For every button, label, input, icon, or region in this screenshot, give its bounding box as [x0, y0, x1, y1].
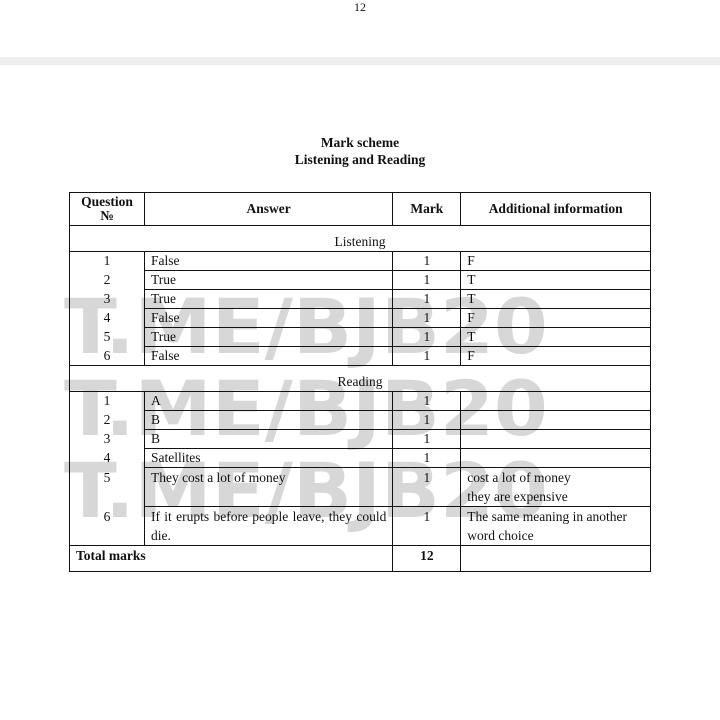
table-row: 2True1T: [70, 271, 651, 290]
mark-scheme-table: Question № Answer Mark Additional inform…: [69, 192, 651, 572]
table-row: 4Satellites1: [70, 449, 651, 468]
question-number: 6: [70, 507, 145, 546]
answer-cell: False: [144, 347, 392, 366]
page-separator: [0, 57, 720, 65]
additional-info-cell: [461, 449, 651, 468]
answer-cell: True: [144, 328, 392, 347]
header-question: Question №: [70, 193, 145, 226]
mark-cell: 1: [393, 468, 461, 507]
mark-cell: 1: [393, 252, 461, 271]
header-additional-info: Additional information: [461, 193, 651, 226]
additional-info-cell: cost a lot of money they are expensive: [461, 468, 651, 507]
header-answer: Answer: [144, 193, 392, 226]
section-heading-row: Reading: [70, 366, 651, 392]
section-heading: Listening: [70, 226, 651, 252]
question-number: 3: [70, 290, 145, 309]
question-number: 3: [70, 430, 145, 449]
additional-info-cell: [461, 392, 651, 411]
additional-info-cell: F: [461, 252, 651, 271]
mark-cell: 1: [393, 430, 461, 449]
question-number: 4: [70, 309, 145, 328]
answer-cell: B: [144, 411, 392, 430]
table-row: 6If it erupts before people leave, they …: [70, 507, 651, 546]
answer-cell: True: [144, 271, 392, 290]
answer-cell: If it erupts before people leave, they c…: [144, 507, 392, 546]
mark-cell: 1: [393, 392, 461, 411]
additional-info-cell: T: [461, 328, 651, 347]
total-row: Total marks 12: [70, 546, 651, 572]
answer-cell: False: [144, 309, 392, 328]
mark-cell: 1: [393, 411, 461, 430]
table-header-row: Question № Answer Mark Additional inform…: [70, 193, 651, 226]
total-info: [461, 546, 651, 572]
question-number: 4: [70, 449, 145, 468]
section-heading: Reading: [70, 366, 651, 392]
table-row: 3B1: [70, 430, 651, 449]
document-title: Mark scheme: [0, 134, 720, 151]
table-row: 5True1T: [70, 328, 651, 347]
additional-info-cell: T: [461, 271, 651, 290]
mark-cell: 1: [393, 309, 461, 328]
answer-cell: True: [144, 290, 392, 309]
table-row: 1False1F: [70, 252, 651, 271]
section-heading-row: Listening: [70, 226, 651, 252]
mark-cell: 1: [393, 328, 461, 347]
table-row: 5They cost a lot of money1cost a lot of …: [70, 468, 651, 507]
question-number: 2: [70, 411, 145, 430]
table-row: 4False1F: [70, 309, 651, 328]
title-block: Mark scheme Listening and Reading: [0, 134, 720, 168]
document-subtitle: Listening and Reading: [0, 151, 720, 168]
question-number: 5: [70, 328, 145, 347]
question-number: 5: [70, 468, 145, 507]
additional-info-cell: F: [461, 347, 651, 366]
table-row: 1A1: [70, 392, 651, 411]
table-row: 6False1F: [70, 347, 651, 366]
mark-cell: 1: [393, 449, 461, 468]
total-label: Total marks: [70, 546, 393, 572]
question-number: 6: [70, 347, 145, 366]
mark-cell: 1: [393, 347, 461, 366]
mark-cell: 1: [393, 507, 461, 546]
answer-cell: Satellites: [144, 449, 392, 468]
answer-cell: False: [144, 252, 392, 271]
page-number: 12: [0, 0, 720, 14]
additional-info-cell: The same meaning in another word choice: [461, 507, 651, 546]
question-number: 1: [70, 392, 145, 411]
answer-cell: B: [144, 430, 392, 449]
table-row: 2B1: [70, 411, 651, 430]
additional-info-cell: [461, 411, 651, 430]
question-number: 1: [70, 252, 145, 271]
answer-cell: They cost a lot of money: [144, 468, 392, 507]
header-mark: Mark: [393, 193, 461, 226]
question-number: 2: [70, 271, 145, 290]
table-body: Listening1False1F2True1T3True1T4False1F5…: [70, 226, 651, 546]
additional-info-cell: F: [461, 309, 651, 328]
mark-cell: 1: [393, 271, 461, 290]
answer-cell: A: [144, 392, 392, 411]
additional-info-cell: T: [461, 290, 651, 309]
table-row: 3True1T: [70, 290, 651, 309]
mark-cell: 1: [393, 290, 461, 309]
total-value: 12: [393, 546, 461, 572]
additional-info-cell: [461, 430, 651, 449]
